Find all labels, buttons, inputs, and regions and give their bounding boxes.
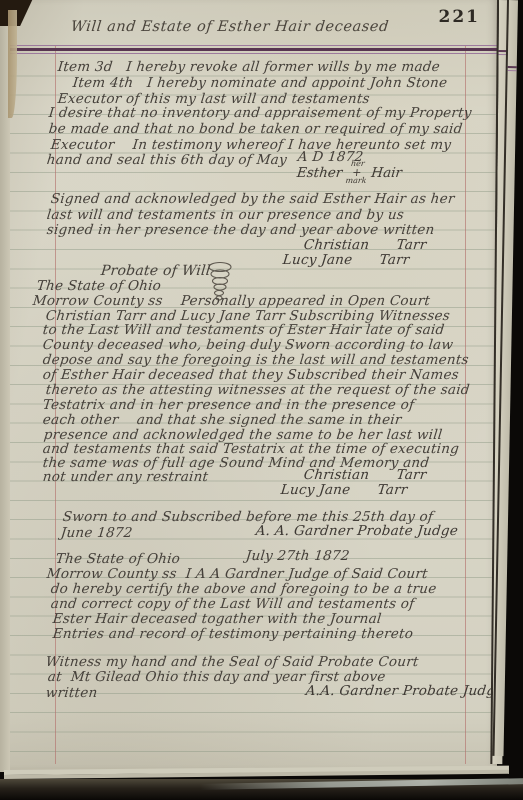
esther-signature: Esther her + mark Hair bbox=[296, 160, 404, 185]
handwritten-line: each other and that she signed the same … bbox=[42, 413, 402, 428]
handwritten-line: depose and say the foregoing is the last… bbox=[42, 353, 470, 368]
head-rule-edge bbox=[508, 66, 517, 68]
handwritten-line: Item 4th I hereby nominate and appoint J… bbox=[72, 76, 448, 91]
page-edges-sheen bbox=[200, 778, 523, 790]
head-rule bbox=[10, 53, 497, 54]
ledger-book-photo: 221 Will and Estate of Esther Hair decea… bbox=[0, 0, 523, 800]
handwritten-line: I desire that no inventory and appraisem… bbox=[48, 106, 472, 121]
witness-signature: Lucy Jane Tarr bbox=[280, 483, 408, 498]
handwritten-line: be made and that no bond be taken or req… bbox=[48, 122, 463, 137]
handwritten-line: Signed and acknowledged by the said Esth… bbox=[50, 192, 455, 207]
head-rule bbox=[10, 45, 497, 46]
witness-signature: Christian Tarr bbox=[303, 238, 427, 253]
handwritten-line: The State of Ohio bbox=[55, 552, 181, 567]
handwritten-line: Ester Hair deceased togather with the Jo… bbox=[52, 612, 382, 627]
handwritten-line: July 27th 1872 bbox=[245, 549, 350, 564]
handwritten-line: and correct copy of the Last Will and te… bbox=[50, 597, 415, 612]
page-corner-shadow bbox=[0, 0, 46, 26]
handwritten-line: Witness my hand and the Seal of Said Pro… bbox=[45, 655, 419, 670]
page-title: Will and Estate of Esther Hair deceased bbox=[70, 20, 382, 36]
signature-last-name: Hair bbox=[371, 165, 403, 181]
handwritten-line: Testatrix and in her presence and in the… bbox=[42, 398, 415, 413]
handwritten-line: to the Last Will and testaments of Ester… bbox=[42, 323, 445, 338]
head-rule bbox=[10, 48, 497, 51]
handwritten-line: County deceased who, being duly Sworn ac… bbox=[42, 338, 454, 353]
ledger-page: 221 Will and Estate of Esther Hair decea… bbox=[10, 0, 497, 772]
handwritten-line: of Esther Hair deceased that they Subscr… bbox=[42, 368, 460, 383]
handwritten-line: Entries and record of testimony pertaini… bbox=[52, 627, 414, 642]
right-margin-line bbox=[465, 46, 466, 764]
page-number: 221 bbox=[439, 7, 481, 27]
handwritten-line: signed in her presence the day and year … bbox=[46, 223, 435, 238]
handwritten-line: thereto as the attesting witnesses at th… bbox=[45, 383, 470, 398]
handwritten-line: The State of Ohio bbox=[36, 279, 162, 294]
witness-signature: Christian Tarr bbox=[303, 468, 427, 483]
judge-signature: A.A. Gardner Probate Judge bbox=[305, 684, 504, 699]
handwritten-line: June 1872 bbox=[60, 526, 133, 541]
handwritten-line: Item 3d I hereby revoke all former wills… bbox=[57, 60, 441, 75]
judge-signature: A. A. Gardner Probate Judge bbox=[255, 524, 459, 539]
signature-first-name: Esther bbox=[296, 165, 343, 181]
handwritten-line: not under any restraint bbox=[42, 470, 209, 485]
handwritten-line: written bbox=[45, 686, 98, 701]
handwritten-line: last will and testaments in our presence… bbox=[46, 208, 405, 223]
handwritten-line: do hereby certify the above and foregoin… bbox=[50, 582, 437, 597]
book-block-edge bbox=[0, 779, 523, 800]
handwritten-line: Executor In testimony whereof I have her… bbox=[50, 138, 452, 153]
signature-mark: her + mark bbox=[345, 160, 369, 185]
handwritten-line: Morrow County ss I A A Gardner Judge of … bbox=[46, 567, 428, 582]
handwritten-line: Morrow County ss Personally appeared in … bbox=[32, 294, 431, 309]
handwritten-line: hand and seal this 6th day of May bbox=[46, 153, 288, 168]
witness-signature: Lucy Jane Tarr bbox=[282, 253, 410, 268]
signature-mark-label: mark bbox=[345, 177, 367, 185]
